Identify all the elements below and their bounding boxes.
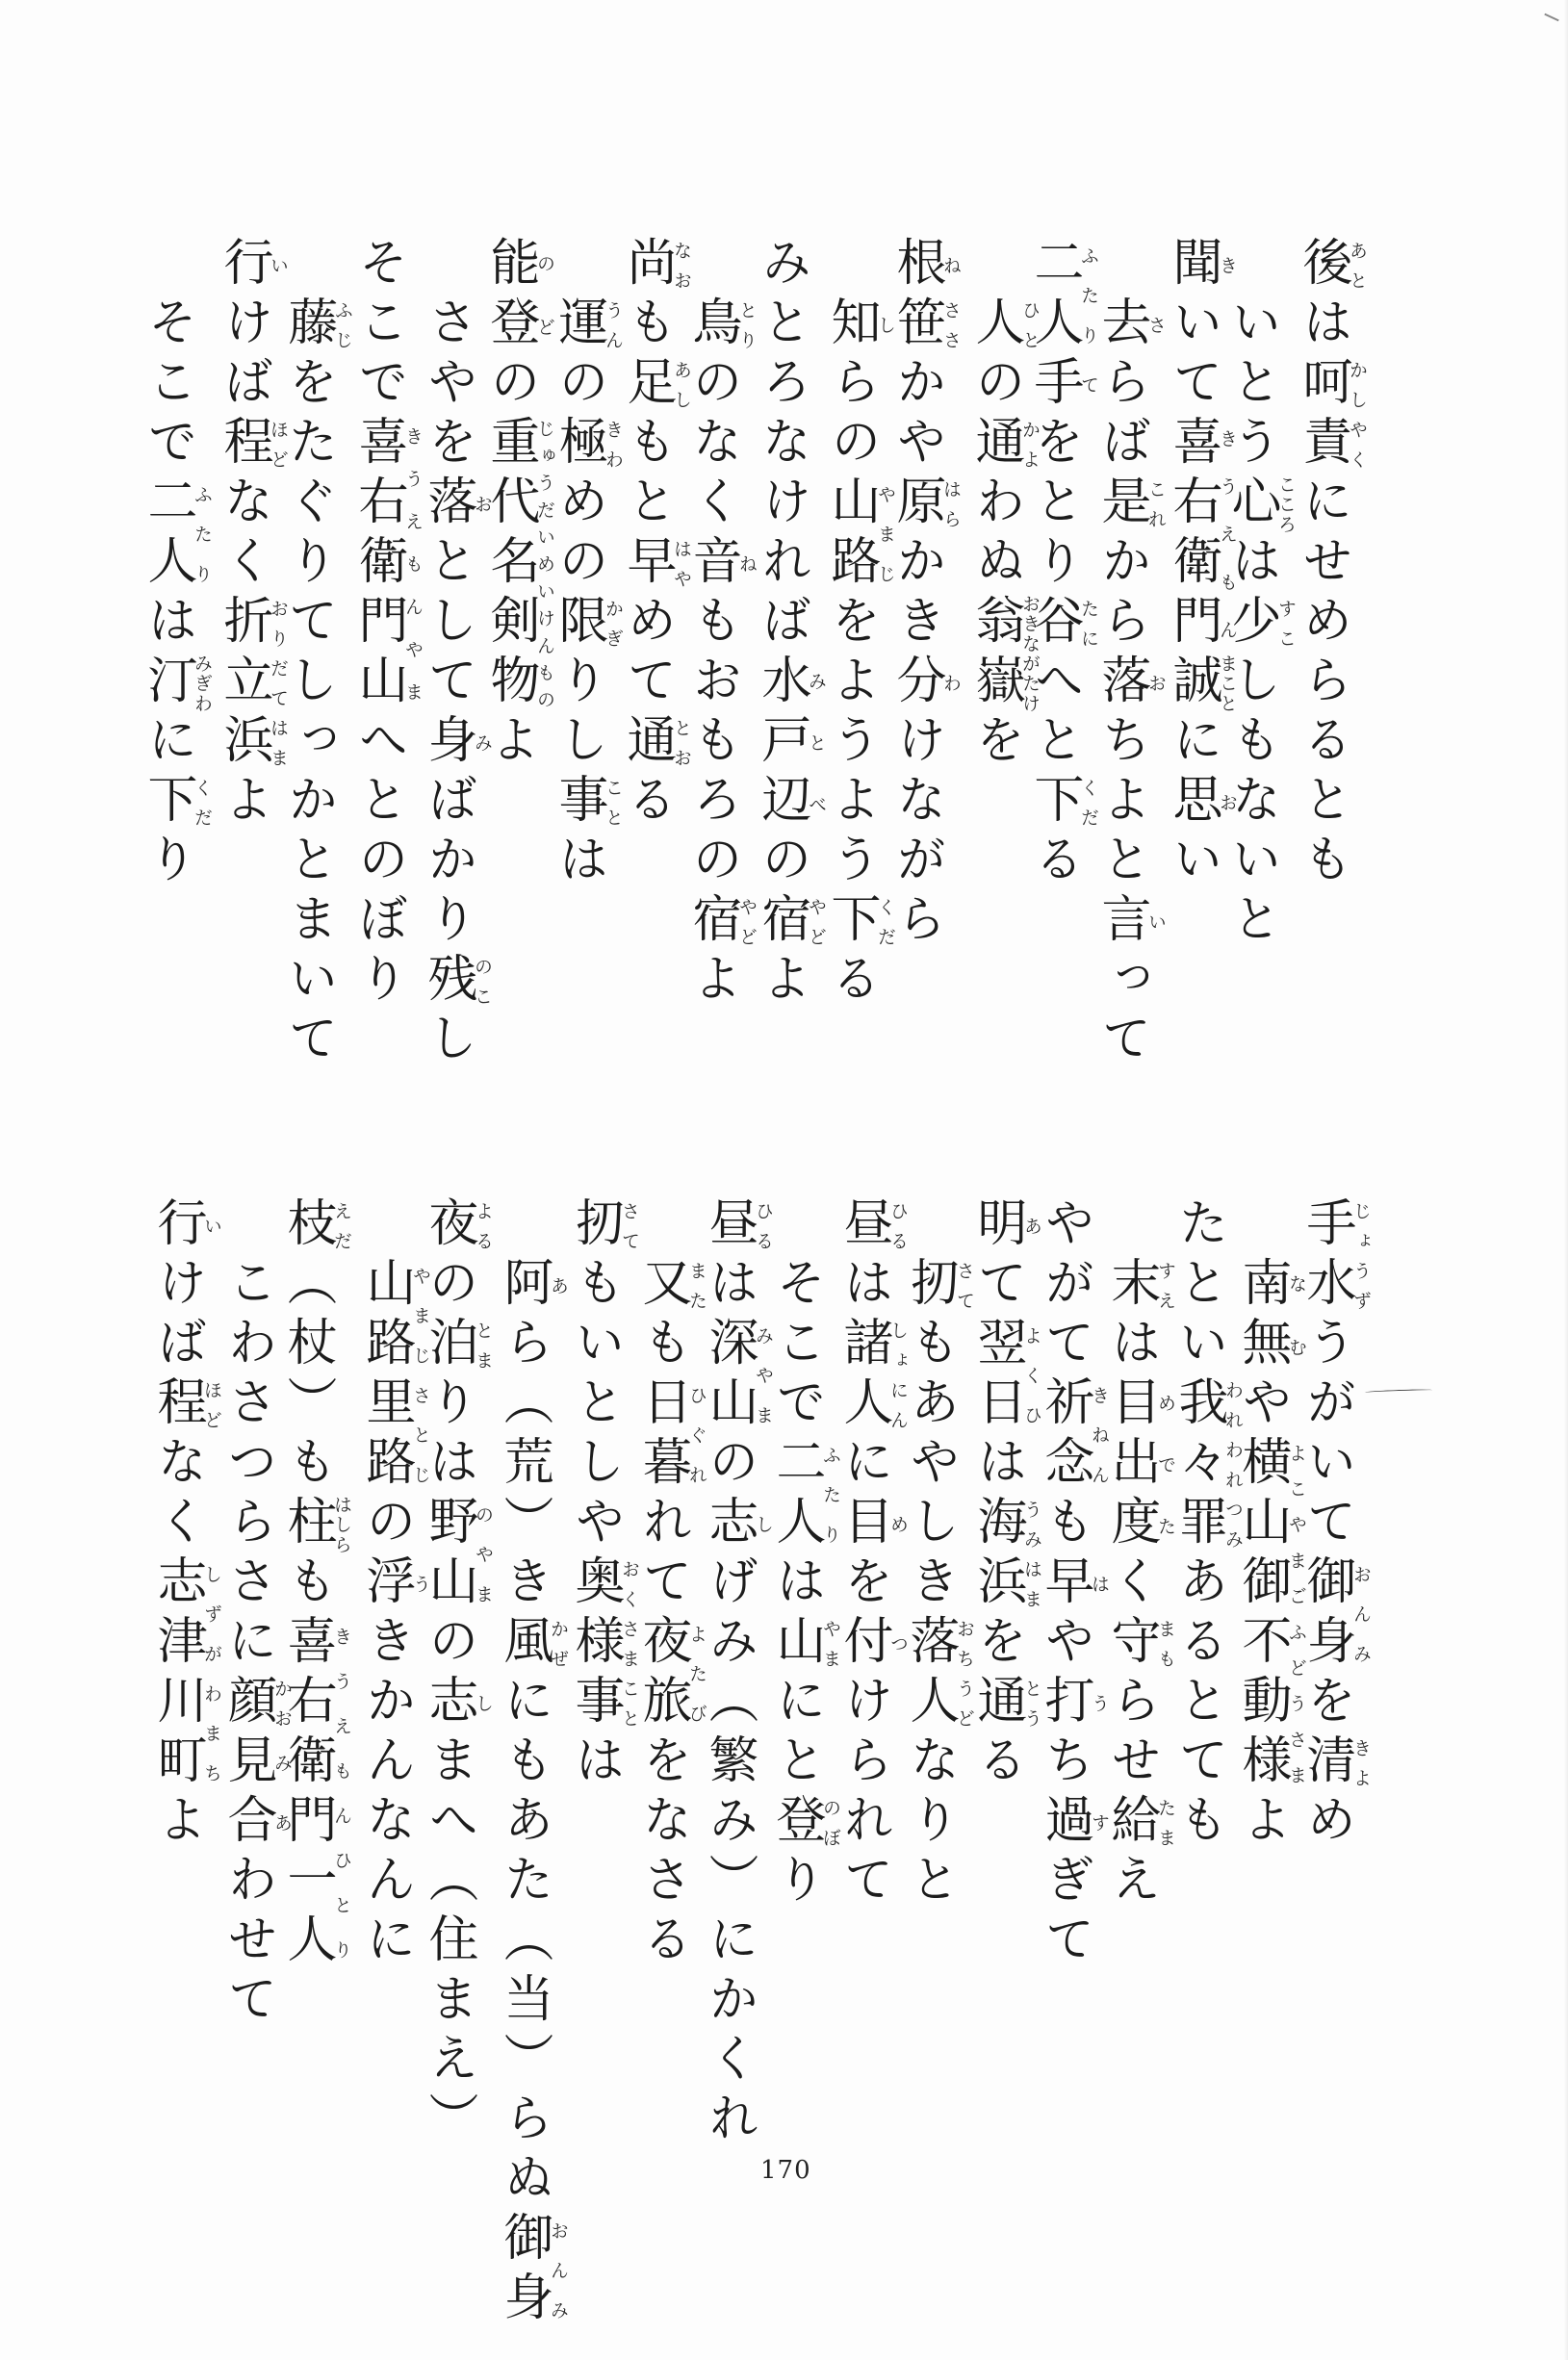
furigana: すこ [1275,594,1297,654]
furigana: かぎ [603,594,624,654]
ruby-word: 尚なお [618,236,676,295]
verse-text: けば [215,295,272,415]
verse-text: もいとしや [566,1256,624,1554]
verse-line: 根ね笹ささかや原はらかき分わけながら [901,236,961,952]
furigana: かしやく [1347,355,1368,475]
furigana: えだ [331,1196,352,1256]
verse-text: を [966,713,1024,773]
verse-text: ぎて [1036,1853,1093,1972]
furigana: あと [1347,236,1368,295]
verse-text: の [700,1435,758,1495]
ruby-word: 守まも [1102,1614,1160,1674]
verse-text: も [633,1316,691,1375]
ruby-word: 深山みやま [700,1316,758,1435]
furigana: よくひ [1021,1316,1042,1435]
verse-text: よ [215,773,272,833]
verse-line: 知しらの山路やまじをようよう下くだる [835,295,895,1012]
verse-line: 手水じょうずうがいて御身おんみを清きよめ [1311,1196,1371,1853]
ruby-word: 落お [1092,654,1150,713]
verse-text: は [139,594,196,654]
verse-line: 明あて翌日よくひは海浜うみはまを通とうる [982,1196,1041,1793]
ruby-word: 言い [1092,892,1150,952]
furigana: ひる [753,1196,774,1256]
verse-text: かや [887,355,945,475]
verse-text: の [357,1495,415,1554]
furigana: よこやまごふどうさま [1286,1435,1307,1793]
furigana: きうえもん [1217,415,1238,654]
verse-text: て [968,1256,1026,1316]
verse-text: り [139,833,196,892]
furigana: くだ [192,773,213,833]
verse-line: こわさつらさに顔かお見み合あわせて [232,1256,292,2032]
ruby-word: 祈念きねん [1036,1375,1093,1495]
furigana: はしら [331,1495,352,1554]
ruby-word: 折立浜おりだてはま [215,594,272,773]
furigana: う [1089,1674,1110,1733]
ruby-word: 御身おんみ [495,2211,553,2330]
furigana: とお [671,713,692,773]
ruby-word: 過す [1036,1793,1093,1853]
verse-text: よ [148,1793,206,1853]
verse-line: 昼ひるは諸人しょにんに目めを付つけられて [848,1196,908,1912]
furigana: おくさまこと [619,1554,640,1733]
ruby-word: 誠まこと [1164,654,1221,713]
ruby-word: 給たま [1102,1793,1160,1853]
verse-text: よ [683,952,741,1012]
ruby-word: 是これ [1092,475,1150,534]
ruby-word: 登のぼ [767,1793,825,1853]
ruby-word: 身み [419,713,476,773]
verse-text: り [767,1853,825,1912]
furigana: い [201,1196,222,1256]
furigana: ほど [268,415,289,475]
ruby-word: 目出度めでた [1102,1375,1160,1554]
ruby-word: 夜よる [420,1196,477,1256]
ruby-word: 早は [1036,1554,1093,1614]
verse-text: よ [753,952,810,1012]
ruby-word: 人ひと [966,295,1024,355]
verse-line: 又またも日暮ひぐれれて夜旅よたびをなさる [647,1256,707,1972]
furigana: かお [271,1674,293,1733]
verse-text: れて [633,1495,691,1614]
ruby-word: 藤ふじ [279,295,337,355]
ruby-word: 鳥とり [683,295,741,355]
ruby-word: 顔かお [218,1674,276,1733]
furigana: め [887,1495,909,1554]
ruby-word: 事こと [550,773,607,833]
ruby-word: 我々罪われわれつみ [1170,1375,1227,1554]
furigana: のど [534,236,555,355]
ruby-word: 汀みぎわ [139,654,196,713]
verse-text: ら（荒）き [495,1316,553,1614]
verse-line: 尚なおも足あしもと早はやめて通とおる [631,236,691,833]
ruby-word: 山やま [767,1614,825,1674]
furigana: よたび [686,1614,707,1733]
verse-text: は [550,833,607,892]
furigana: きよ [1350,1733,1372,1793]
verse-text: え [1102,1853,1160,1912]
verse-text: めて [618,594,676,713]
furigana: たに [1078,594,1099,654]
verse-text: わせて [218,1853,276,2032]
furigana: のぼ [820,1793,841,1853]
ruby-word: 又また [633,1256,691,1316]
furigana: は [1089,1554,1110,1614]
furigana: よる [473,1196,494,1256]
verse-line: 南無なむや横山御不動様よこやまごふどうさまよ [1247,1256,1306,1853]
verse-text: も [618,295,676,355]
ruby-word: 扨さて [566,1196,624,1256]
furigana: やど [736,892,758,952]
ruby-word: 付つ [835,1614,892,1674]
ruby-word: 打う [1036,1674,1093,1733]
furigana: お [1217,773,1238,833]
ruby-word: 程ほど [148,1375,206,1435]
ruby-word: 早はや [618,534,676,594]
verse-text: けながら [887,713,945,952]
ruby-word: 水戸辺みとべ [753,654,810,833]
furigana: かぜ [548,1614,569,1674]
ruby-word: 極きわ [550,415,607,475]
ruby-word: 下くだ [139,773,196,833]
verse-text: もあやしき [901,1316,959,1614]
verse-line: 末すえは目出度めでたく守まもらせ給たまえ [1116,1256,1175,1912]
furigana: のやま [473,1495,494,1614]
ruby-word: 分わ [887,654,945,713]
ruby-word: 末すえ [1102,1256,1160,1316]
ruby-word: 諸人しょにん [835,1316,892,1435]
furigana: おちうど [954,1614,975,1733]
book-page: 後あとは呵責かしやくにせめらるともいとう心こころは少すこしもないと聞きいて喜右衛… [0,0,1568,2360]
verse-text: も [1036,1495,1093,1554]
ruby-word: 下くだ [822,892,880,952]
ruby-word: 運うん [550,295,607,355]
ruby-word: 昼ひる [700,1196,758,1256]
verse-text: る [618,773,676,833]
verse-text: さやを [419,295,476,475]
furigana: つ [887,1614,909,1674]
verse-text: に [1164,713,1221,773]
furigana: はら [940,475,962,534]
verse-text: そこで [139,295,196,475]
verse-text: ち [1036,1733,1093,1793]
furigana: ふたり [1078,236,1099,355]
ruby-word: 行い [215,236,272,295]
verse-text: め [1298,1793,1355,1853]
verse-text: もおもろの [683,594,741,892]
furigana: ふじ [332,295,353,355]
furigana: これ [1145,475,1167,534]
ruby-word: 宿やど [753,892,810,952]
verse-line: 扨さてもいとしや奥様事おくさまことは [579,1196,639,1793]
ruby-word: 残のこ [419,952,476,1012]
ruby-word: 笹ささ [887,295,945,355]
furigana: うん [603,295,624,355]
furigana: じょうず [1350,1196,1372,1316]
furigana: また [686,1256,707,1316]
verse-text: もと [618,415,676,534]
furigana: はや [671,534,692,594]
furigana: やまじ [875,475,896,594]
furigana: みぎわ [192,654,213,713]
verse-text: に [139,713,196,773]
ruby-word: 目め [835,1495,892,1554]
verse-line: 去さらば是これから落おちよと言いって [1106,295,1166,1071]
verse-text: し [419,1012,476,1071]
furigana: まこと [1217,654,1238,713]
furigana: ひぐれ [686,1375,707,1495]
verse-text: は [835,1256,892,1316]
furigana: しょにん [887,1316,909,1435]
ruby-word: 合あ [218,1793,276,1853]
furigana: こころ [1275,475,1297,534]
ruby-word: 明あ [968,1196,1026,1256]
ruby-word: 行い [148,1196,206,1256]
ruby-word: 喜右衛門山きうえもんやま [349,415,407,713]
verse-line: 昼ひるは深山みやまの志しげみ（繁み）にかくれ [713,1196,773,2151]
verse-text: にせめらるとも [1294,475,1351,892]
verse-text: けば [148,1256,206,1375]
verse-text: らせ [1102,1674,1160,1793]
furigana: て [1078,355,1099,415]
verse-text: は [566,1733,624,1793]
ruby-word: 音ね [683,534,741,594]
furigana: なお [671,236,692,295]
furigana: さて [619,1196,640,1256]
furigana: い [1145,892,1167,952]
ruby-word: 枝えだ [278,1196,336,1256]
furigana: あ [271,1793,293,1853]
ruby-word: 志し [700,1495,758,1554]
ruby-word: 落お [419,475,476,534]
furigana: おんみ [1350,1554,1372,1674]
ruby-word: 翁嶽おきながたけ [966,594,1024,713]
verse-text: なく [215,475,272,594]
pen-stroke-mark [1365,1389,1432,1394]
verse-text: として [419,534,476,713]
furigana: うみはま [1021,1495,1042,1614]
furigana: さ [1145,295,1167,355]
verse-line: 山路里路やまじさとじの浮うきかんなんに [371,1256,430,1972]
verse-text: を [835,1554,892,1614]
verse-line: 阿あら（荒）き風かぜにもあた（当）らぬ御身おんみ [508,1256,568,2330]
verse-line: 枝えだ（杖）も柱はしらも喜右衛門一人きうえもんひとり [292,1196,351,1972]
furigana: ささ [940,295,962,355]
verse-text: く [1102,1554,1160,1614]
verse-line: いとう心こころは少すこしもないと [1236,295,1296,952]
furigana: しずがわまち [201,1554,222,1793]
verse-line: 藤ふじをたぐりてしっかとまいて [293,295,352,1071]
verse-text: の [753,833,810,892]
ruby-word: 限かぎ [550,594,607,654]
verse-text: って [1092,952,1150,1071]
furigana: あし [671,355,692,415]
verse-text: から [1092,534,1150,654]
verse-text: にと [767,1674,825,1793]
furigana: ほど [201,1375,222,1435]
ruby-word: 知し [822,295,880,355]
ruby-word: 二人ふたり [767,1435,825,1554]
ruby-word: 山路里路やまじさとじ [357,1256,415,1495]
furigana: やど [806,892,827,952]
verse-text: は [1294,295,1351,355]
verse-text: の [966,355,1024,415]
furigana: ひと [1019,295,1041,355]
verse-text: たとい [1170,1196,1227,1375]
ruby-word: 程ほど [215,415,272,475]
verse-text: らの [822,355,880,475]
page-number: 170 [760,2156,811,2185]
ruby-word: 聞き [1164,236,1221,295]
verse-text: い [1164,833,1221,892]
furigana: お [1145,654,1167,713]
furigana: きねん [1089,1375,1110,1495]
verse-text: やがて [1036,1196,1093,1375]
furigana: おりだてはま [268,594,289,773]
ruby-word: 風かぜ [495,1614,553,1674]
verse-text: る [968,1733,1026,1793]
furigana: たま [1155,1793,1176,1853]
furigana: きわ [603,415,624,475]
verse-line: 行いけば程ほどなく志津川町しずがわまちよ [162,1196,221,1853]
verse-text: りし [550,654,607,773]
furigana: し [875,295,896,355]
furigana: じゅうだいめいけんもの [534,415,555,713]
furigana: とり [736,295,758,355]
furigana: み [472,713,493,773]
furigana: みとべ [806,654,827,833]
furigana: おきながたけ [1019,594,1041,713]
ruby-word: 山路やまじ [822,475,880,594]
verse-text: へとのぼり [349,713,407,1012]
verse-text: る [822,952,880,1012]
verse-text: は [700,1256,758,1316]
verse-text: かき [887,534,945,654]
furigana: わ [940,654,962,713]
verse-text: ばかり [419,773,476,952]
verse-line: そこで二人ふたりは山やまにと登のぼり [781,1256,840,1912]
verse-line: 行いけば程ほどなく折立浜おりだてはまよ [228,236,288,833]
furigana: み [271,1733,293,1793]
verse-line: 能登のどの重代名剣物じゅうだいめいけんものよ [495,236,554,773]
furigana: す [1089,1793,1110,1853]
furigana: おんみ [548,2211,569,2330]
verse-line: やがて祈念きねんも早はや打うち過すぎて [1049,1196,1109,1972]
furigana: ひる [887,1196,909,1256]
ruby-word: 夜旅よたび [633,1614,691,1733]
furigana: き [1217,236,1238,295]
furigana: とま [473,1316,494,1375]
verse-line: さやを落おとして身みばかり残のこし [432,295,492,1071]
furigana: う [410,1554,431,1614]
ruby-word: 呵責かしやく [1294,355,1351,475]
furigana: きうえもんやま [402,415,424,713]
ruby-word: 翌日よくひ [968,1316,1026,1435]
verse-line: 人ひとの通かよわぬ翁嶽おきながたけを [980,295,1040,773]
verse-text: に [835,1435,892,1495]
verse-text: いて [1164,295,1221,415]
furigana: まも [1155,1614,1176,1674]
verse-text: こわさつらさに [218,1256,276,1674]
verse-text: を [968,1614,1026,1674]
furigana: こと [603,773,624,833]
verse-line: そこで二人ふたりは汀みぎわに下くだり [152,295,212,892]
verse-text: げみ（繁み）にかくれ [700,1554,758,2151]
verse-text: は [1102,1316,1160,1375]
verse-text: あるとても [1170,1554,1227,1853]
ruby-word: 見み [218,1733,276,1793]
verse-text: は [767,1554,825,1614]
verse-text: る [1025,833,1083,892]
furigana: すえ [1155,1256,1176,1316]
verse-text: わぬ [966,475,1024,594]
ruby-word: 後あと [1294,236,1351,295]
ruby-word: 宿やど [683,892,741,952]
verse-line: 運うんの極きわめの限かぎりし事ことは [563,295,623,892]
verse-text: にもあた（当）らぬ [495,1674,553,2211]
verse-line: 後あとは呵責かしやくにせめらるとも [1307,236,1367,892]
verse-text: は [968,1435,1026,1495]
verse-line: 鳥とりのなく音ねもおもろの宿やどよ [697,295,757,1012]
verse-text: みとろなければ [753,236,810,654]
verse-text: そこで [349,236,407,415]
furigana: い [268,236,289,295]
page-edge-shadow [1564,0,1568,2360]
furigana: し [473,1674,494,1733]
ruby-word: 海浜うみはま [968,1495,1026,1614]
furigana: なむ [1286,1256,1307,1375]
furigana: くだ [1078,773,1099,833]
ruby-word: 日暮ひぐれ [633,1375,691,1495]
ruby-word: 奥様事おくさまこと [566,1554,624,1733]
furigana: ふたり [820,1435,841,1554]
furigana: あ [1021,1196,1042,1256]
furigana: めでた [1155,1375,1176,1554]
verse-text: そこで [767,1256,825,1435]
furigana: ね [940,236,962,295]
verse-text: けられて [835,1674,892,1912]
furigana: われわれつみ [1222,1375,1244,1554]
verse-text: らば [1092,355,1150,475]
verse-text: なく [148,1435,206,1554]
ruby-word: 喜右衛門きうえもん [1164,415,1221,654]
furigana: し [753,1495,774,1554]
ruby-word: 志津川町しずがわまち [148,1554,206,1793]
verse-line: 聞きいて喜右衛門きうえもん誠まことに思おい [1177,236,1237,892]
verse-line: 二人ふたり手てをとり谷たにへと下くだる [1039,236,1098,892]
ruby-word: 浮う [357,1554,415,1614]
verse-text: のなく [683,355,741,534]
ruby-word: 通とう [968,1674,1026,1733]
furigana: のこ [472,952,493,1012]
ruby-word: 扨さて [901,1256,959,1316]
furigana: やまじさとじ [410,1256,431,1495]
furigana: きうえもんひとり [331,1614,352,1972]
verse-line: そこで喜右衛門山きうえもんやまへとのぼり [363,236,423,1012]
furigana: やま [820,1614,841,1674]
furigana: かよ [1019,415,1041,475]
ruby-word: 原はら [887,475,945,534]
ruby-word: 通かよ [966,415,1024,475]
furigana: あ [548,1256,569,1316]
ruby-word: 昼ひる [835,1196,892,1256]
ruby-word: 去さ [1092,295,1150,355]
furigana: お [472,475,493,534]
verse-line: 夜よるの泊とまりは野山のやまの志しまへ（住まえ） [433,1196,493,2151]
verse-text: ちよと [1092,713,1150,892]
verse-text: や [1036,1614,1093,1674]
ruby-word: 思お [1164,773,1221,833]
